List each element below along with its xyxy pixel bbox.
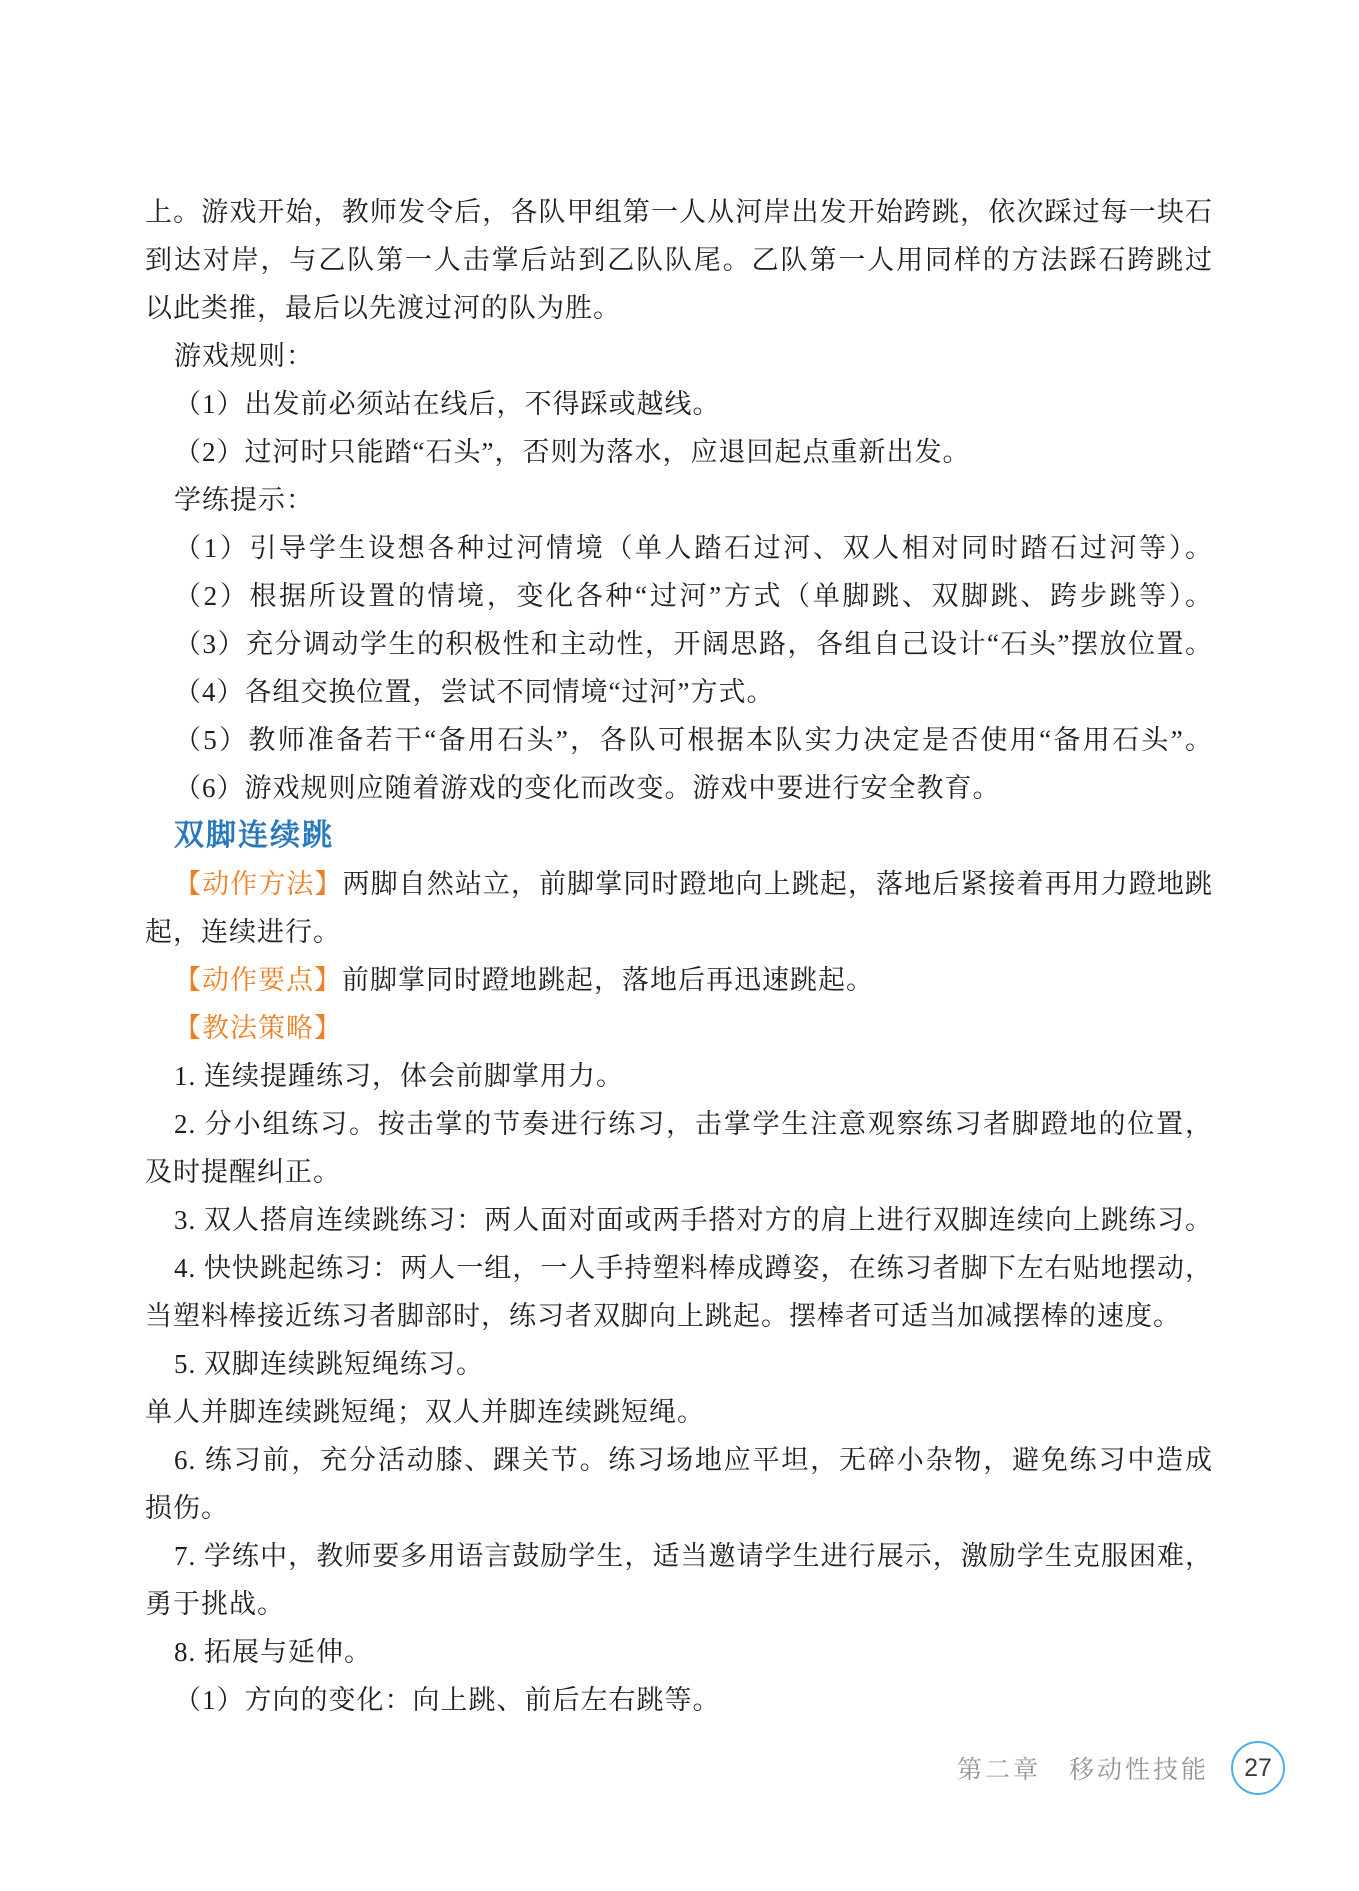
text-line: （3）充分调动学生的积极性和主动性，开阔思路，各组自己设计“石头”摆放位置。	[145, 620, 1213, 668]
text-line: （1）出发前必须站在线后，不得踩或越线。	[145, 380, 1213, 428]
text-line: 2. 分小组练习。按击掌的节奏进行练习，击掌学生注意观察练习者脚蹬地的位置，	[145, 1100, 1213, 1148]
text-line: 学练提示：	[145, 476, 1213, 524]
text-segment: 前脚掌同时蹬地跳起，落地后再迅速跳起。	[342, 965, 874, 995]
text-segment: （1）方向的变化：向上跳、前后左右跳等。	[174, 1685, 721, 1715]
text-line: （2）根据所设置的情境，变化各种“过河”方式（单脚跳、双脚跳、跨步跳等）。	[145, 572, 1213, 620]
text-line: 7. 学练中，教师要多用语言鼓励学生，适当邀请学生进行展示，激励学生克服困难，	[145, 1532, 1213, 1580]
page-number: 27	[1244, 1754, 1272, 1783]
bracket-label: 【动作方法】	[174, 869, 343, 899]
text-line: 3. 双人搭肩连续跳练习：两人面对面或两手搭对方的肩上进行双脚连续向上跳练习。	[145, 1196, 1213, 1244]
text-line: 1. 连续提踵练习，体会前脚掌用力。	[145, 1052, 1213, 1100]
text-segment: （1）出发前必须站在线后，不得踩或越线。	[174, 389, 721, 419]
text-segment: （4）各组交换位置，尝试不同情境“过河”方式。	[174, 677, 774, 707]
page-text-content: 上。游戏开始，教师发令后，各队甲组第一人从河岸出发开始跨跳，依次踩过每一块石头到…	[145, 188, 1213, 1724]
text-line: 【教法策略】	[145, 1004, 1213, 1052]
text-segment: 1. 连续提踵练习，体会前脚掌用力。	[174, 1061, 624, 1091]
text-segment: （2）根据所设置的情境，变化各种“过河”方式（单脚跳、双脚跳、跨步跳等）。	[174, 581, 1213, 611]
text-segment: 上。游戏开始，教师发令后，各队甲组第一人从河岸出发开始跨跳，依次踩过每一块石头	[145, 197, 1213, 236]
text-line: 上。游戏开始，教师发令后，各队甲组第一人从河岸出发开始跨跳，依次踩过每一块石头	[145, 188, 1213, 236]
text-segment: 学练提示：	[174, 485, 314, 515]
bracket-label: 【动作要点】	[174, 965, 342, 995]
text-segment: 游戏规则：	[174, 341, 314, 371]
text-line: （1）引导学生设想各种过河情境（单人踏石过河、双人相对同时踏石过河等）。	[145, 524, 1213, 572]
text-line: （5）教师准备若干“备用石头”，各队可根据本队实力决定是否使用“备用石头”。	[145, 716, 1213, 764]
text-line: （6）游戏规则应随着游戏的变化而改变。游戏中要进行安全教育。	[145, 764, 1213, 812]
text-line: 【动作要点】前脚掌同时蹬地跳起，落地后再迅速跳起。	[145, 956, 1213, 1004]
text-line: 以此类推，最后以先渡过河的队为胜。	[145, 284, 1213, 332]
section-heading: 双脚连续跳	[145, 812, 1213, 860]
text-line: 【动作方法】两脚自然站立，前脚掌同时蹬地向上跳起，落地后紧接着再用力蹬地跳	[145, 860, 1213, 908]
page-footer: 第二章 移动性技能 27	[957, 1741, 1285, 1795]
text-line: 单人并脚连续跳短绳；双人并脚连续跳短绳。	[145, 1388, 1213, 1436]
text-segment: 双脚连续跳	[174, 819, 334, 852]
text-segment: 8. 拓展与延伸。	[174, 1637, 372, 1667]
text-segment: （2）过河时只能踏“石头”，否则为落水，应退回起点重新出发。	[174, 437, 970, 467]
text-line: 损伤。	[145, 1484, 1213, 1532]
text-segment: 到达对岸，与乙队第一人击掌后站到乙队队尾。乙队第一人用同样的方法踩石跨跳过河，	[145, 245, 1213, 284]
text-segment: （3）充分调动学生的积极性和主动性，开阔思路，各组自己设计“石头”摆放位置。	[174, 629, 1213, 659]
text-line: 6. 练习前，充分活动膝、踝关节。练习场地应平坦，无碎小杂物，避免练习中造成	[145, 1436, 1213, 1484]
text-segment: 起，连续进行。	[145, 917, 341, 947]
text-segment: 当塑料棒接近练习者脚部时，练习者双脚向上跳起。摆棒者可适当加减摆棒的速度。	[145, 1301, 1181, 1331]
text-line: 到达对岸，与乙队第一人击掌后站到乙队队尾。乙队第一人用同样的方法踩石跨跳过河，	[145, 236, 1213, 284]
document-page: 上。游戏开始，教师发令后，各队甲组第一人从河岸出发开始跨跳，依次踩过每一块石头到…	[0, 0, 1359, 1891]
text-line: （4）各组交换位置，尝试不同情境“过河”方式。	[145, 668, 1213, 716]
text-segment: （1）引导学生设想各种过河情境（单人踏石过河、双人相对同时踏石过河等）。	[174, 533, 1213, 563]
bracket-label: 【教法策略】	[174, 1013, 342, 1043]
text-segment: 及时提醒纠正。	[145, 1157, 341, 1187]
text-line: 4. 快快跳起练习：两人一组，一人手持塑料棒成蹲姿，在练习者脚下左右贴地摆动，	[145, 1244, 1213, 1292]
text-segment: 4. 快快跳起练习：两人一组，一人手持塑料棒成蹲姿，在练习者脚下左右贴地摆动，	[174, 1253, 1213, 1283]
text-segment: 勇于挑战。	[145, 1589, 285, 1619]
text-segment: 两脚自然站立，前脚掌同时蹬地向上跳起，落地后紧接着再用力蹬地跳	[343, 869, 1214, 899]
text-segment: 7. 学练中，教师要多用语言鼓励学生，适当邀请学生进行展示，激励学生克服困难，	[174, 1541, 1213, 1571]
text-line: （2）过河时只能踏“石头”，否则为落水，应退回起点重新出发。	[145, 428, 1213, 476]
text-line: 8. 拓展与延伸。	[145, 1628, 1213, 1676]
text-segment: 损伤。	[145, 1493, 229, 1523]
text-line: 当塑料棒接近练习者脚部时，练习者双脚向上跳起。摆棒者可适当加减摆棒的速度。	[145, 1292, 1213, 1340]
text-line: 游戏规则：	[145, 332, 1213, 380]
text-segment: 以此类推，最后以先渡过河的队为胜。	[145, 293, 621, 323]
page-number-badge: 27	[1231, 1741, 1285, 1795]
text-segment: （5）教师准备若干“备用石头”，各队可根据本队实力决定是否使用“备用石头”。	[174, 725, 1213, 755]
text-line: （1）方向的变化：向上跳、前后左右跳等。	[145, 1676, 1213, 1724]
text-segment: 3. 双人搭肩连续跳练习：两人面对面或两手搭对方的肩上进行双脚连续向上跳练习。	[174, 1205, 1213, 1235]
text-segment: 单人并脚连续跳短绳；双人并脚连续跳短绳。	[145, 1397, 705, 1427]
text-segment: 6. 练习前，充分活动膝、踝关节。练习场地应平坦，无碎小杂物，避免练习中造成	[174, 1445, 1213, 1475]
text-line: 及时提醒纠正。	[145, 1148, 1213, 1196]
footer-chapter-title: 第二章 移动性技能	[957, 1750, 1209, 1786]
text-segment: （6）游戏规则应随着游戏的变化而改变。游戏中要进行安全教育。	[174, 773, 1001, 803]
text-line: 起，连续进行。	[145, 908, 1213, 956]
text-line: 5. 双脚连续跳短绳练习。	[145, 1340, 1213, 1388]
text-segment: 2. 分小组练习。按击掌的节奏进行练习，击掌学生注意观察练习者脚蹬地的位置，	[174, 1109, 1213, 1139]
text-line: 勇于挑战。	[145, 1580, 1213, 1628]
text-segment: 5. 双脚连续跳短绳练习。	[174, 1349, 484, 1379]
